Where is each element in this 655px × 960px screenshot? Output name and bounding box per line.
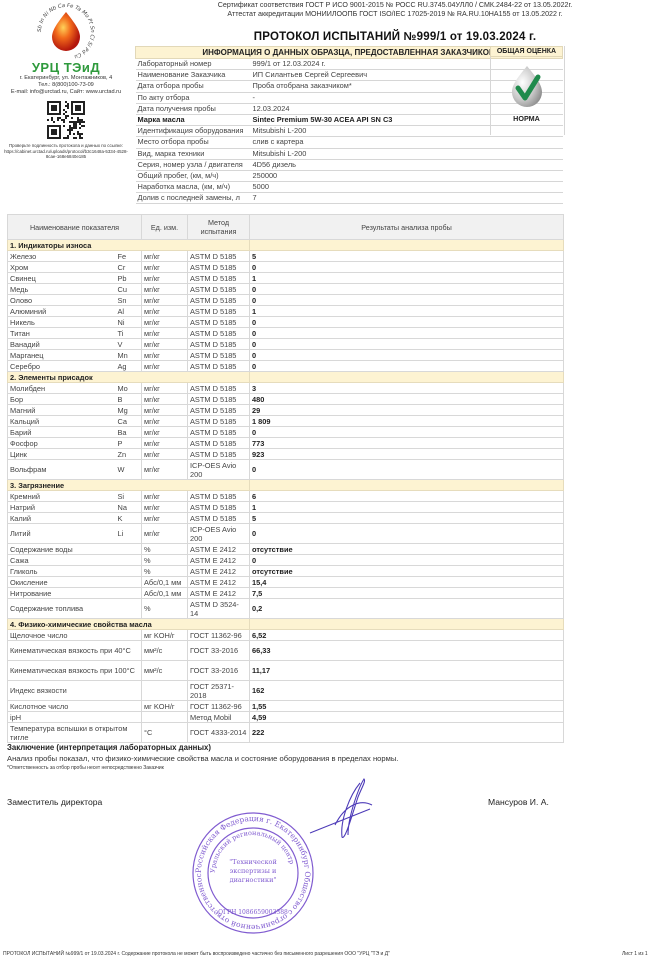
info-row: Вид, марка техники Mitsubishi L-200 — [136, 148, 563, 159]
footer-text: ПРОТОКОЛ ИСПЫТАНИЙ №999/1 от 19.03.2024 … — [3, 951, 390, 957]
element-symbol: V — [116, 339, 142, 350]
unit: мг/кг — [142, 339, 188, 350]
section-spacer — [250, 240, 564, 251]
result-value: 0 — [250, 350, 564, 361]
test-method: ASTM E 2412 — [188, 566, 250, 577]
table-row: Кислотное числомг KOH/г ГОСТ 11362-96 1,… — [8, 701, 564, 712]
table-row: ipH Метод Mobil 4,59 — [8, 712, 564, 723]
unit: мг/кг — [142, 295, 188, 306]
info-label: Серия, номер узла / двигателя — [136, 159, 251, 170]
result-value: 6,52 — [250, 630, 564, 641]
unit: Абс/0,1 мм — [142, 577, 188, 588]
table-row: Цинк Znмг/кг ASTM D 5185 923 — [8, 449, 564, 460]
parameter-name: Гликоль — [8, 566, 142, 577]
info-row: Наработка масла, (км, м/ч) 5000 — [136, 182, 563, 193]
section-spacer — [250, 619, 564, 630]
parameter-name: Титан — [8, 328, 116, 339]
table-row: Свинец Pbмг/кг ASTM D 5185 1 — [8, 273, 564, 284]
test-method: ASTM D 5185 — [188, 295, 250, 306]
result-value: 15,4 — [250, 577, 564, 588]
info-row: Место отбора пробы слив с картера — [136, 137, 563, 148]
parameter-name: Нитрование — [8, 588, 142, 599]
phone: Тел.: 8(800)100-73-09 — [0, 82, 132, 89]
section-title: 2. Элементы присадок — [8, 372, 250, 383]
table-row: Хром Crмг/кг ASTM D 5185 0 — [8, 262, 564, 273]
table-row: Молибден Moмг/кг ASTM D 5185 3 — [8, 383, 564, 394]
result-value: 0 — [250, 328, 564, 339]
element-symbol: Ti — [116, 328, 142, 339]
test-method: ASTM D 3524-14 — [188, 599, 250, 619]
result-value: 7,5 — [250, 588, 564, 599]
element-symbol: Ca — [116, 416, 142, 427]
table-row: Кинематическая вязкость при 40°Смм²/с ГО… — [8, 641, 564, 661]
result-value: 1 — [250, 306, 564, 317]
table-row: Щелочное числомг KOH/г ГОСТ 11362-96 6,5… — [8, 630, 564, 641]
parameter-name: Кальций — [8, 416, 116, 427]
test-method: ASTM D 5185 — [188, 328, 250, 339]
parameter-name: Кислотное число — [8, 701, 142, 712]
info-label: Лабораторный номер — [136, 59, 251, 70]
result-value: 29 — [250, 405, 564, 416]
element-symbol: Sn — [116, 295, 142, 306]
parameter-name: Калий — [8, 513, 116, 524]
info-value: Mitsubishi L-200 — [251, 148, 563, 159]
table-row: Марганец Mnмг/кг ASTM D 5185 0 — [8, 350, 564, 361]
result-value: 1 — [250, 502, 564, 513]
parameter-name: Содержание воды — [8, 544, 142, 555]
result-value: 222 — [250, 723, 564, 743]
test-method: ASTM E 2412 — [188, 555, 250, 566]
unit: мг/кг — [142, 449, 188, 460]
table-row: Фосфор Pмг/кг ASTM D 5185 773 — [8, 438, 564, 449]
unit: мг KOH/г — [142, 630, 188, 641]
parameter-name: Алюминий — [8, 306, 116, 317]
element-symbol: Al — [116, 306, 142, 317]
unit: мг/кг — [142, 438, 188, 449]
unit: % — [142, 555, 188, 566]
test-method: ASTM D 5185 — [188, 383, 250, 394]
test-method: ASTM D 5185 — [188, 513, 250, 524]
unit: мг/кг — [142, 491, 188, 502]
element-symbol: Cr — [116, 262, 142, 273]
parameter-name: Щелочное число — [8, 630, 142, 641]
section-row: 2. Элементы присадок — [8, 372, 564, 383]
info-label: Дата отбора пробы — [136, 81, 251, 92]
brand-name: УРЦ ТЭиД — [0, 60, 132, 75]
signatory-name: Мансуров И. А. — [488, 797, 549, 807]
unit: мг/кг — [142, 513, 188, 524]
info-value: 7 — [251, 193, 563, 204]
info-label: Дата получения пробы — [136, 103, 251, 114]
parameter-name: Никель — [8, 317, 116, 328]
test-method: ASTM E 2412 — [188, 577, 250, 588]
info-row: Общий пробег, (км, м/ч) 250000 — [136, 170, 563, 181]
result-value: 4,59 — [250, 712, 564, 723]
unit: мг/кг — [142, 273, 188, 284]
element-symbol: P — [116, 438, 142, 449]
svg-text:ОГРН 1086659003388: ОГРН 1086659003388 — [218, 909, 288, 916]
test-method: ГОСТ 25371-2018 — [188, 681, 250, 701]
parameter-name: Магний — [8, 405, 116, 416]
result-value: 66,33 — [250, 641, 564, 661]
unit: % — [142, 566, 188, 577]
table-row: Бор Bмг/кг ASTM D 5185 480 — [8, 394, 564, 405]
verify-link[interactable]: https://cabinet.urctad.ru/uploads/protoc… — [0, 149, 132, 160]
test-method: ASTM D 5185 — [188, 284, 250, 295]
organization-header: Sb In Ni Nb Ca Fe Ta Mo Pt Sn Cl Si Pd C… — [0, 0, 132, 160]
test-method: ГОСТ 4333-2014 — [188, 723, 250, 743]
page-number: Лист 1 из 1 — [622, 951, 648, 957]
table-row: Барий Baмг/кг ASTM D 5185 0 — [8, 427, 564, 438]
conclusion-note: *Ответственность за отбор пробы несет не… — [7, 765, 164, 771]
table-row: Никель Niмг/кг ASTM D 5185 0 — [8, 317, 564, 328]
info-label: Наименование Заказчика — [136, 70, 251, 81]
parameter-name: Ванадий — [8, 339, 116, 350]
result-value: 5 — [250, 251, 564, 262]
parameter-name: Фосфор — [8, 438, 116, 449]
unit — [142, 681, 188, 701]
parameter-name: Натрий — [8, 502, 116, 513]
column-header-name: Наименование показателя — [8, 215, 142, 240]
table-row: Титан Tiмг/кг ASTM D 5185 0 — [8, 328, 564, 339]
element-symbol: Li — [116, 524, 142, 544]
conclusion-text: Анализ пробы показал, что физико-химичес… — [7, 754, 398, 763]
test-method: ASTM D 5185 — [188, 361, 250, 372]
overall-assessment-header: ОБЩАЯ ОЦЕНКА — [490, 46, 563, 57]
info-label: Наработка масла, (км, м/ч) — [136, 182, 251, 193]
parameter-name: Кинематическая вязкость при 40°С — [8, 641, 142, 661]
element-symbol: Mo — [116, 383, 142, 394]
element-symbol: Ba — [116, 427, 142, 438]
table-row: Олово Snмг/кг ASTM D 5185 0 — [8, 295, 564, 306]
result-value: 1 — [250, 273, 564, 284]
parameter-name: Индекс вязкости — [8, 681, 142, 701]
test-method: Метод Mobil — [188, 712, 250, 723]
result-value: 5 — [250, 513, 564, 524]
test-method: ГОСТ 11362-96 — [188, 630, 250, 641]
result-value: 0 — [250, 284, 564, 295]
element-symbol: K — [116, 513, 142, 524]
element-symbol: Mn — [116, 350, 142, 361]
unit: % — [142, 599, 188, 619]
svg-text:"Технической: "Технической — [229, 858, 277, 866]
result-value: 773 — [250, 438, 564, 449]
info-value: 250000 — [251, 170, 563, 181]
unit: мм²/с — [142, 641, 188, 661]
test-method: ASTM D 5185 — [188, 405, 250, 416]
element-symbol: Zn — [116, 449, 142, 460]
test-method: ASTM D 5185 — [188, 317, 250, 328]
unit: мг/кг — [142, 317, 188, 328]
element-symbol: B — [116, 394, 142, 405]
element-symbol: Cu — [116, 284, 142, 295]
result-value: 162 — [250, 681, 564, 701]
test-method: ГОСТ 33-2016 — [188, 661, 250, 681]
parameter-name: Бор — [8, 394, 116, 405]
table-row: НитрованиеАбс/0,1 мм ASTM E 2412 7,5 — [8, 588, 564, 599]
svg-text:диагностики": диагностики" — [230, 876, 277, 884]
accreditation-line: Аттестат аккредитации МОНИИЛООПБ ГОСТ IS… — [135, 9, 655, 19]
results-table: Наименование показателя Ед. изм. Метод и… — [7, 214, 564, 743]
table-row: Содержание топлива% ASTM D 3524-14 0,2 — [8, 599, 564, 619]
test-method: ASTM D 5185 — [188, 394, 250, 405]
unit: мг/кг — [142, 383, 188, 394]
test-method: ASTM E 2412 — [188, 544, 250, 555]
address: г. Екатеринбург, ул. Монтажников, 4 — [0, 75, 132, 82]
svg-text:экспертизы и: экспертизы и — [230, 867, 277, 875]
unit: мг/кг — [142, 361, 188, 372]
result-value: 3 — [250, 383, 564, 394]
test-method: ICP-OES Avio 200 — [188, 460, 250, 480]
section-title: 1. Индикаторы износа — [8, 240, 250, 251]
table-row: Магний Mgмг/кг ASTM D 5185 29 — [8, 405, 564, 416]
element-symbol: Na — [116, 502, 142, 513]
result-value: 1,55 — [250, 701, 564, 712]
lab-logo-icon: Sb In Ni Nb Ca Fe Ta Mo Pt Sn Cl Si Pd C… — [36, 2, 96, 62]
parameter-name: Серебро — [8, 361, 116, 372]
info-row: Серия, номер узла / двигателя 4D56 дизел… — [136, 159, 563, 170]
test-method: ASTM D 5185 — [188, 273, 250, 284]
parameter-name: Содержание топлива — [8, 599, 142, 619]
qr-code-icon[interactable] — [47, 101, 85, 139]
section-title: 3. Загрязнение — [8, 480, 250, 491]
unit: мг/кг — [142, 262, 188, 273]
table-row: Кремний Siмг/кг ASTM D 5185 6 — [8, 491, 564, 502]
info-label: Вид, марка техники — [136, 148, 251, 159]
result-value: 0 — [250, 427, 564, 438]
section-row: 4. Физико-химические свойства масла — [8, 619, 564, 630]
parameter-name: Сажа — [8, 555, 142, 566]
info-value: 4D56 дизель — [251, 159, 563, 170]
unit: мм²/с — [142, 661, 188, 681]
parameter-name: Вольфрам — [8, 460, 116, 480]
unit: °С — [142, 723, 188, 743]
result-value: 0,2 — [250, 599, 564, 619]
test-method: ASTM D 5185 — [188, 350, 250, 361]
info-value: 5000 — [251, 182, 563, 193]
test-method: ГОСТ 11362-96 — [188, 701, 250, 712]
element-symbol: Ni — [116, 317, 142, 328]
result-value: 0 — [250, 317, 564, 328]
test-method: ASTM D 5185 — [188, 502, 250, 513]
info-label: Идентификация оборудования — [136, 126, 251, 137]
unit: Абс/0,1 мм — [142, 588, 188, 599]
parameter-name: Кремний — [8, 491, 116, 502]
info-label: Долив с последней замены, л — [136, 193, 251, 204]
unit: мг/кг — [142, 350, 188, 361]
result-value: 0 — [250, 262, 564, 273]
table-row: Серебро Agмг/кг ASTM D 5185 0 — [8, 361, 564, 372]
section-row: 3. Загрязнение — [8, 480, 564, 491]
test-method: ICP-OES Avio 200 — [188, 524, 250, 544]
parameter-name: Марганец — [8, 350, 116, 361]
table-row: Ванадий Vмг/кг ASTM D 5185 0 — [8, 339, 564, 350]
unit: мг/кг — [142, 502, 188, 513]
parameter-name: Кинематическая вязкость при 100°С — [8, 661, 142, 681]
info-row: Долив с последней замены, л 7 — [136, 193, 563, 204]
result-value: отсутствие — [250, 544, 564, 555]
table-row: Железо Feмг/кг ASTM D 5185 5 — [8, 251, 564, 262]
parameter-name: Барий — [8, 427, 116, 438]
result-value: 0 — [250, 295, 564, 306]
table-row: Вольфрам Wмг/кг ICP-OES Avio 200 0 — [8, 460, 564, 480]
unit: мг/кг — [142, 328, 188, 339]
info-label: Общий пробег, (км, м/ч) — [136, 170, 251, 181]
signatory-position: Заместитель директора — [7, 797, 102, 807]
unit: мг KOH/г — [142, 701, 188, 712]
parameter-name: Свинец — [8, 273, 116, 284]
parameter-name: Хром — [8, 262, 116, 273]
column-header-unit: Ед. изм. — [142, 215, 188, 240]
result-value: 923 — [250, 449, 564, 460]
element-symbol: W — [116, 460, 142, 480]
result-value: 6 — [250, 491, 564, 502]
section-spacer — [250, 372, 564, 383]
unit: мг/кг — [142, 427, 188, 438]
table-row: Сажа% ASTM E 2412 0 — [8, 555, 564, 566]
table-row: Натрий Naмг/кг ASTM D 5185 1 — [8, 502, 564, 513]
table-row: Калий Kмг/кг ASTM D 5185 5 — [8, 513, 564, 524]
check-drop-icon — [509, 64, 545, 108]
unit: мг/кг — [142, 284, 188, 295]
section-spacer — [250, 480, 564, 491]
signature-icon — [300, 775, 380, 845]
result-value: 0 — [250, 524, 564, 544]
parameter-name: Молибден — [8, 383, 116, 394]
section-title: 4. Физико-химические свойства масла — [8, 619, 250, 630]
table-row: Медь Cuмг/кг ASTM D 5185 0 — [8, 284, 564, 295]
test-method: ASTM D 5185 — [188, 416, 250, 427]
unit: мг/кг — [142, 394, 188, 405]
parameter-name: Цинк — [8, 449, 116, 460]
unit: мг/кг — [142, 306, 188, 317]
element-symbol: Si — [116, 491, 142, 502]
page-title: ПРОТОКОЛ ИСПЫТАНИЙ №999/1 от 19.03.2024 … — [135, 31, 655, 43]
table-row: Кинематическая вязкость при 100°Смм²/с Г… — [8, 661, 564, 681]
unit: мг/кг — [142, 524, 188, 544]
parameter-name: Температура вспышки в открытом тигле — [8, 723, 142, 743]
unit: мг/кг — [142, 251, 188, 262]
result-value: 1 809 — [250, 416, 564, 427]
element-symbol: Pb — [116, 273, 142, 284]
result-value: 0 — [250, 555, 564, 566]
official-stamp: Российская Федерация г. Екатеринбург Общ… — [190, 810, 316, 936]
element-symbol: Fe — [116, 251, 142, 262]
conclusion-heading: Заключение (интерпретация лабораторных д… — [7, 743, 211, 752]
parameter-name: Железо — [8, 251, 116, 262]
test-method: ASTM D 5185 — [188, 491, 250, 502]
table-row: Содержание воды% ASTM E 2412 отсутствие — [8, 544, 564, 555]
test-method: ASTM D 5185 — [188, 427, 250, 438]
element-symbol: Ag — [116, 361, 142, 372]
test-method: ГОСТ 33-2016 — [188, 641, 250, 661]
unit — [142, 712, 188, 723]
parameter-name: ipH — [8, 712, 142, 723]
test-method: ASTM D 5185 — [188, 449, 250, 460]
parameter-name: Олово — [8, 295, 116, 306]
info-label: Марка масла — [136, 114, 251, 125]
parameter-name: Медь — [8, 284, 116, 295]
section-row: 1. Индикаторы износа — [8, 240, 564, 251]
result-value: 0 — [250, 460, 564, 480]
contacts: E-mail: info@urctad.ru, Сайт: www.urctad… — [0, 89, 132, 96]
test-method: ASTM D 5185 — [188, 339, 250, 350]
parameter-name: Окисление — [8, 577, 142, 588]
column-header-method: Метод испытания — [188, 215, 250, 240]
element-symbol: Mg — [116, 405, 142, 416]
unit: мг/кг — [142, 416, 188, 427]
assessment-status: НОРМА — [490, 114, 563, 123]
info-label: Место отбора пробы — [136, 137, 251, 148]
table-row: Температура вспышки в открытом тигле°С Г… — [8, 723, 564, 743]
table-row: Алюминий Alмг/кг ASTM D 5185 1 — [8, 306, 564, 317]
info-value: слив с картера — [251, 137, 563, 148]
test-method: ASTM D 5185 — [188, 306, 250, 317]
unit: мг/кг — [142, 460, 188, 480]
test-method: ASTM E 2412 — [188, 588, 250, 599]
test-method: ASTM D 5185 — [188, 251, 250, 262]
table-row: Литий Liмг/кг ICP-OES Avio 200 0 — [8, 524, 564, 544]
parameter-name: Литий — [8, 524, 116, 544]
table-row: ОкислениеАбс/0,1 мм ASTM E 2412 15,4 — [8, 577, 564, 588]
test-method: ASTM D 5185 — [188, 438, 250, 449]
result-value: 11,17 — [250, 661, 564, 681]
result-value: 0 — [250, 339, 564, 350]
verify-text: Проверьте подлинность протокола и данных… — [0, 143, 132, 149]
result-value: отсутствие — [250, 566, 564, 577]
table-row: Гликоль% ASTM E 2412 отсутствие — [8, 566, 564, 577]
table-row: Кальций Caмг/кг ASTM D 5185 1 809 — [8, 416, 564, 427]
column-header-result: Результаты анализа пробы — [250, 215, 564, 240]
test-method: ASTM D 5185 — [188, 262, 250, 273]
table-row: Индекс вязкости ГОСТ 25371-2018 162 — [8, 681, 564, 701]
info-label: По акту отбора — [136, 92, 251, 103]
result-value: 0 — [250, 361, 564, 372]
unit: мг/кг — [142, 405, 188, 416]
result-value: 480 — [250, 394, 564, 405]
unit: % — [142, 544, 188, 555]
